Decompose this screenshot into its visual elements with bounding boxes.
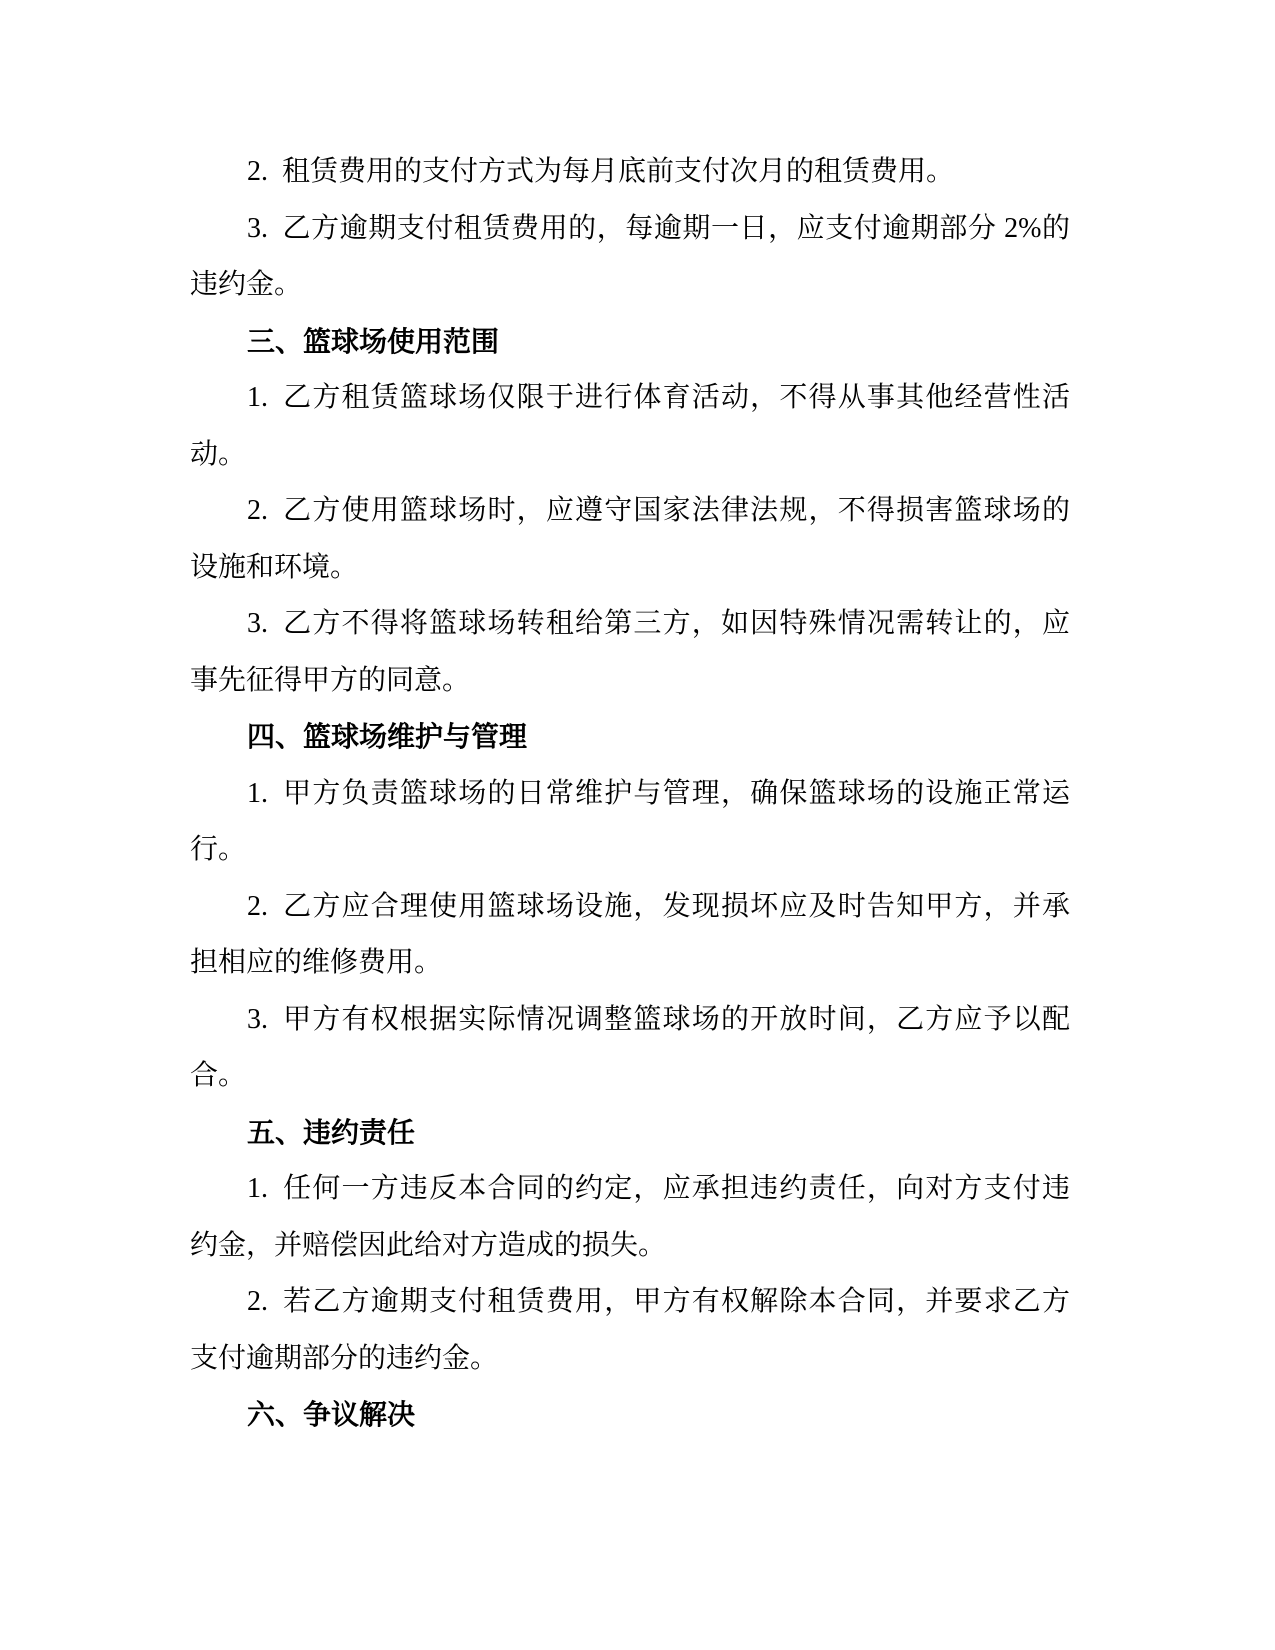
paragraph-line: 行。 (190, 822, 1070, 879)
section-heading: 三、篮球场使用范围 (190, 314, 1070, 371)
paragraph-line: 动。 (190, 427, 1070, 484)
paragraph-line: 1. 任何一方违反本合同的约定，应承担违约责任，向对方支付违 (190, 1161, 1070, 1218)
paragraph-line: 2. 租赁费用的支付方式为每月底前支付次月的租赁费用。 (190, 144, 1070, 201)
paragraph-line: 合。 (190, 1048, 1070, 1105)
paragraph-line: 2. 乙方应合理使用篮球场设施，发现损坏应及时告知甲方，并承 (190, 879, 1070, 936)
paragraph-line: 3. 乙方不得将篮球场转租给第三方，如因特殊情况需转让的，应 (190, 596, 1070, 653)
paragraph-line: 约金，并赔偿因此给对方造成的损失。 (190, 1218, 1070, 1275)
paragraph-line: 2. 若乙方逾期支付租赁费用，甲方有权解除本合同，并要求乙方 (190, 1274, 1070, 1331)
paragraph-line: 设施和环境。 (190, 540, 1070, 597)
section-heading: 四、篮球场维护与管理 (190, 709, 1070, 766)
paragraph-line: 事先征得甲方的同意。 (190, 653, 1070, 710)
paragraph-line: 3. 乙方逾期支付租赁费用的，每逾期一日，应支付逾期部分 2%的 (190, 201, 1070, 258)
section-heading: 五、违约责任 (190, 1105, 1070, 1162)
document-page: 2. 租赁费用的支付方式为每月底前支付次月的租赁费用。 3. 乙方逾期支付租赁费… (0, 0, 1275, 1650)
paragraph-line: 1. 甲方负责篮球场的日常维护与管理，确保篮球场的设施正常运 (190, 766, 1070, 823)
paragraph-line: 1. 乙方租赁篮球场仅限于进行体育活动，不得从事其他经营性活 (190, 370, 1070, 427)
section-heading: 六、争议解决 (190, 1387, 1070, 1444)
paragraph-line: 2. 乙方使用篮球场时，应遵守国家法律法规，不得损害篮球场的 (190, 483, 1070, 540)
paragraph-line: 违约金。 (190, 257, 1070, 314)
paragraph-line: 担相应的维修费用。 (190, 935, 1070, 992)
paragraph-line: 支付逾期部分的违约金。 (190, 1331, 1070, 1388)
paragraph-line: 3. 甲方有权根据实际情况调整篮球场的开放时间，乙方应予以配 (190, 992, 1070, 1049)
contract-body: 2. 租赁费用的支付方式为每月底前支付次月的租赁费用。 3. 乙方逾期支付租赁费… (190, 144, 1070, 1444)
